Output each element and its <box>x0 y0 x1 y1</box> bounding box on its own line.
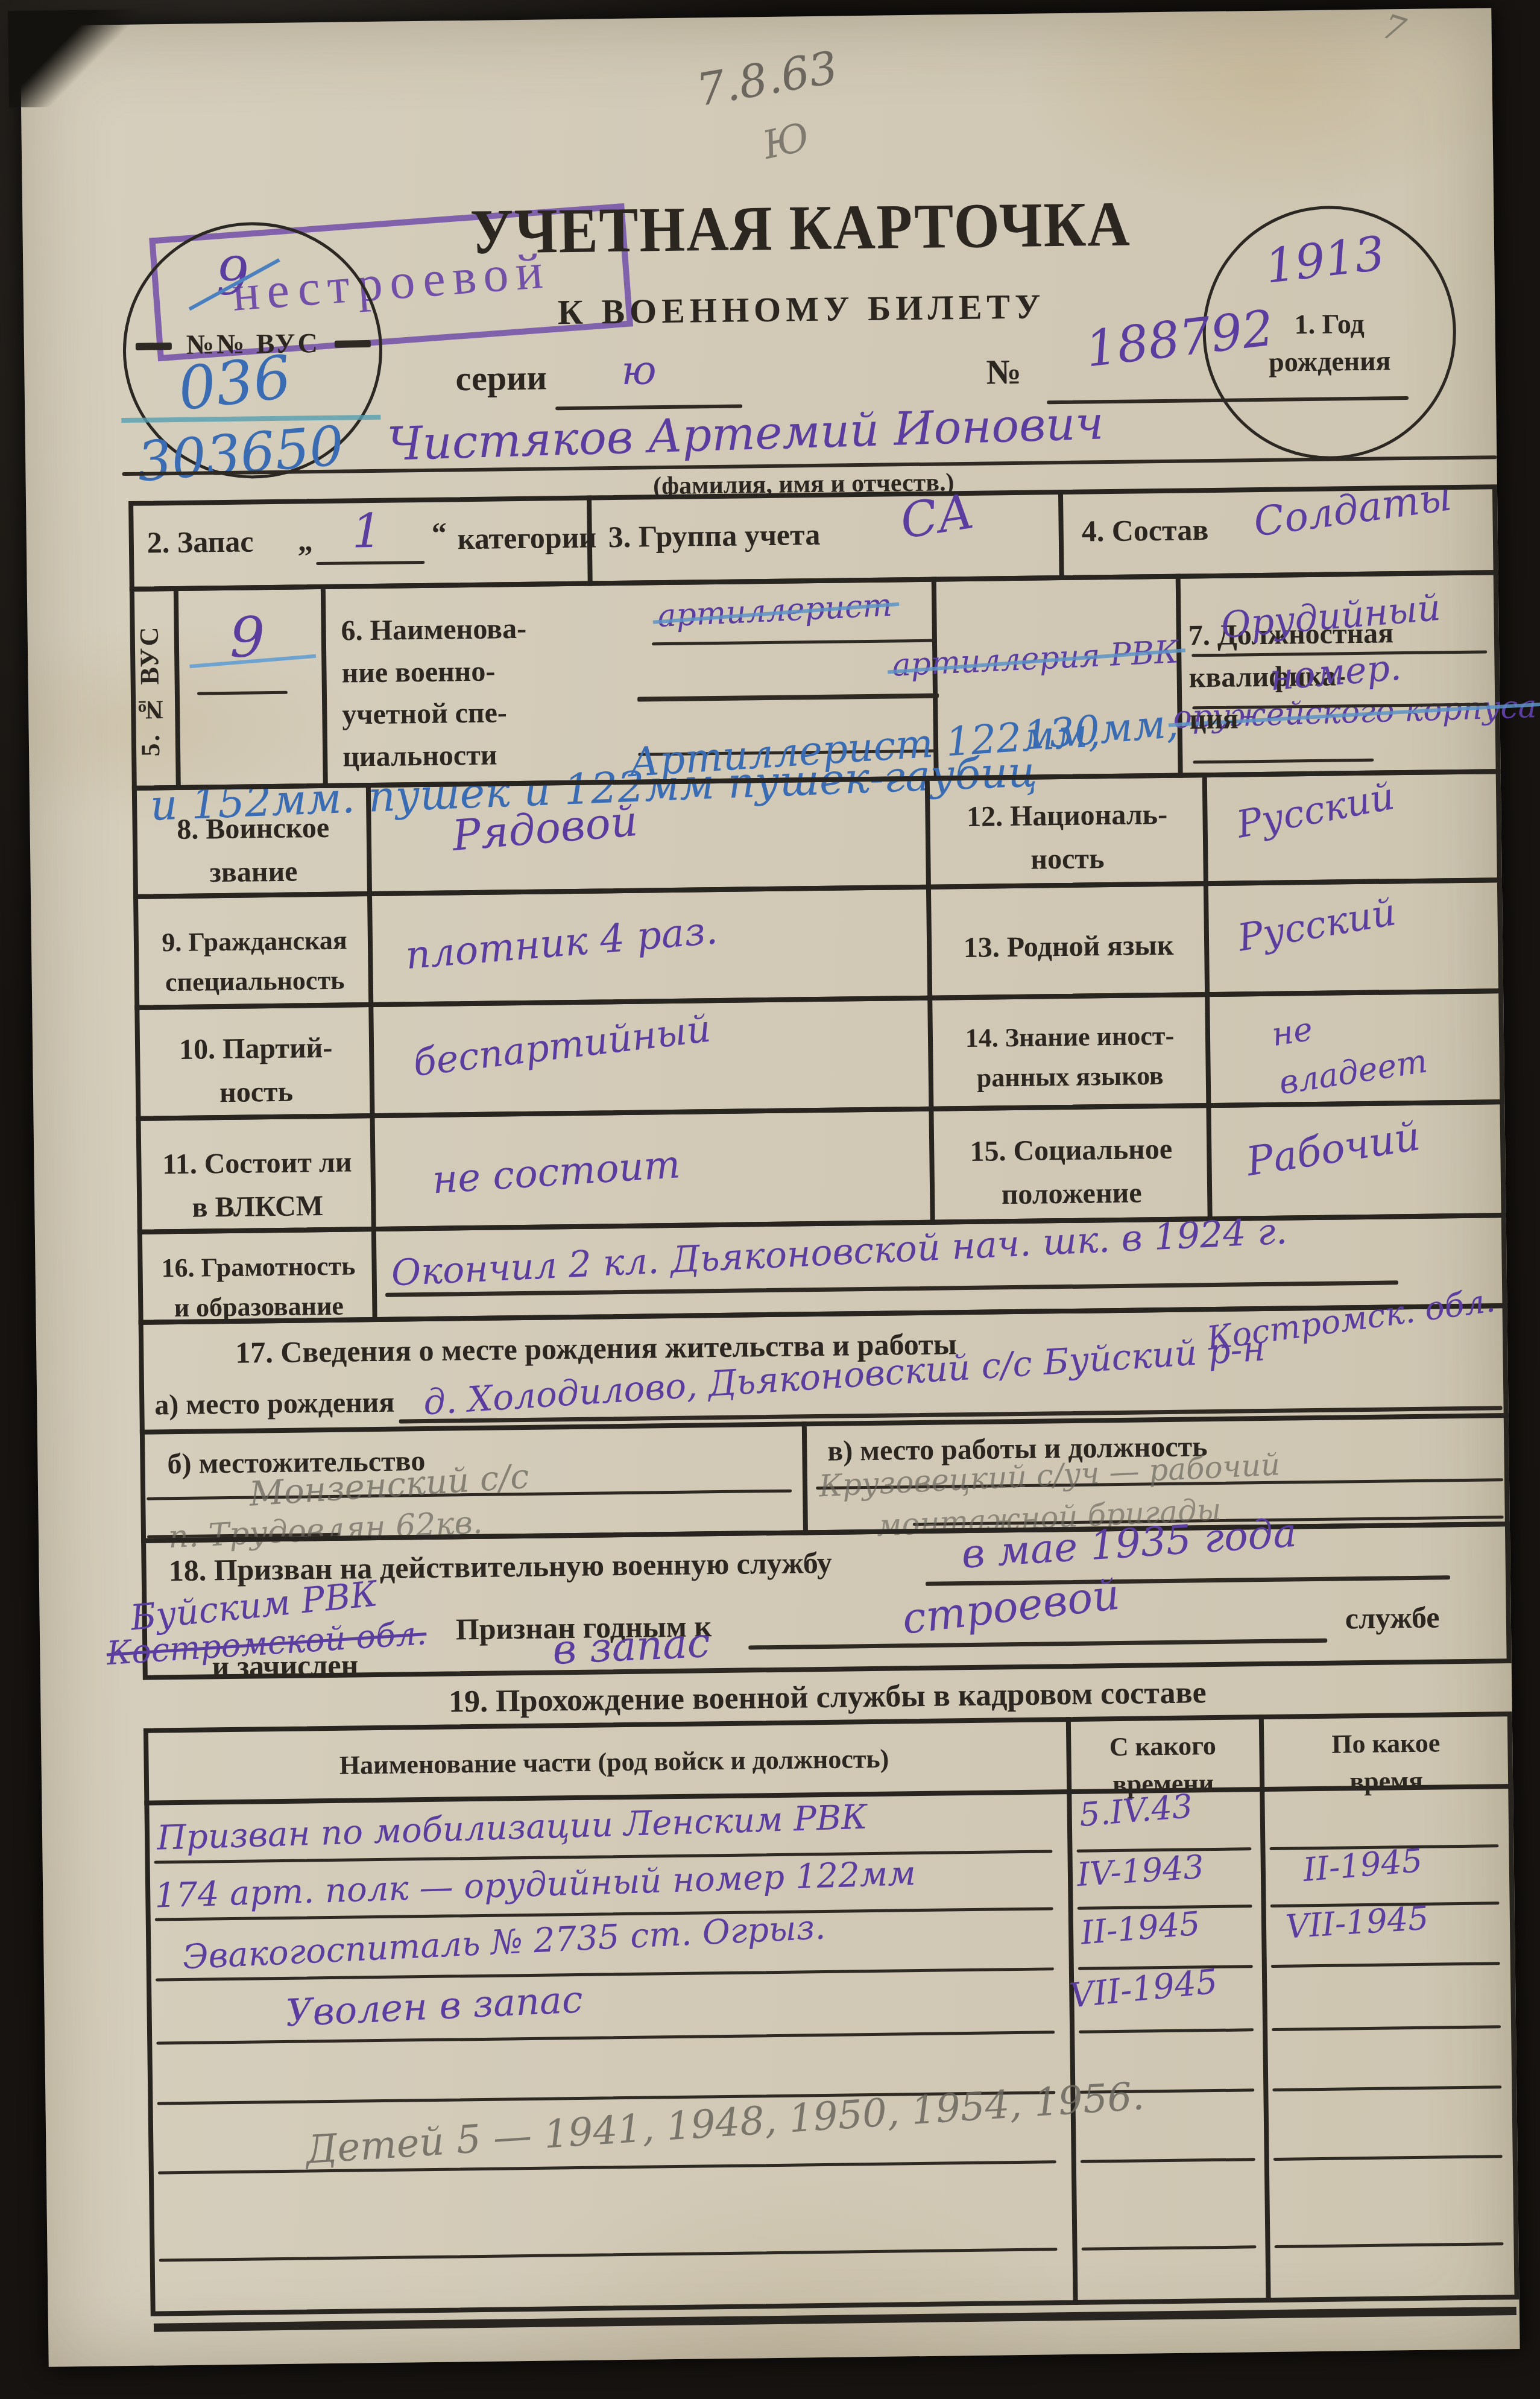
field2-open-quote: „ <box>297 523 313 558</box>
field7-value: Орудийный номер. <box>1214 580 1452 710</box>
table-col3-header: По какое время <box>1265 1724 1507 1801</box>
field17a-label: а) место рождения <box>154 1386 395 1422</box>
field16-label: 16. Грамотность и образование <box>147 1246 371 1329</box>
photo-background: 7.8.63 Ю 7 нестроевой УЧЕТНАЯ КАРТОЧКА К… <box>0 0 1540 2399</box>
field2-close-quote: “ <box>431 515 447 550</box>
torn-corner-shade <box>8 10 142 108</box>
field4-label: 4. Состав <box>1081 512 1208 549</box>
field2-suffix: категории <box>457 519 596 556</box>
field3-value: СА <box>897 483 977 549</box>
field18-fit-suffix: службе <box>1345 1599 1439 1636</box>
field10-label: 10. Партий- ность <box>150 1026 362 1115</box>
series-value: ю <box>621 347 657 394</box>
field9-label: 9. Гражданская специальность <box>143 920 367 1003</box>
field3-label: 3. Группа учета <box>608 517 820 554</box>
vus-value-1: 036 <box>175 343 295 424</box>
vus-dash-left <box>136 343 172 350</box>
field15-label: 15. Социальное положение <box>938 1127 1205 1217</box>
field2-label: 2. Запас <box>147 523 254 560</box>
field8-label: 8. Воинское звание <box>147 806 359 895</box>
top-pencil-date: 7.8.63 <box>693 42 842 116</box>
series-label: серии <box>455 357 547 399</box>
registration-card-sheet: 7.8.63 Ю 7 нестроевой УЧЕТНАЯ КАРТОЧКА К… <box>20 8 1519 2367</box>
field13-label: 13. Родной язык <box>939 928 1199 964</box>
field12-label: 12. Националь- ность <box>940 792 1194 882</box>
field14-label: 14. Знание иност- ранных языков <box>937 1016 1204 1098</box>
page-title: УЧЕТНАЯ КАРТОЧКА <box>428 187 1172 270</box>
field2-value: 1 <box>352 504 382 559</box>
number-label: № <box>986 352 1021 393</box>
top-pencil-flourish: Ю <box>759 115 814 168</box>
field5-label: 5. № ВУС <box>133 600 173 782</box>
field6-label: 6. Наименова- ние военно- учетной спе- ц… <box>341 607 632 778</box>
field18-enlist-value: в запас <box>552 1619 712 1674</box>
corner-pencil-mark: 7 <box>1378 7 1410 51</box>
field18-enlist-label: и зачислен <box>212 1647 358 1684</box>
field11-label: 11. Состоит ли в ВЛКСМ <box>145 1140 370 1230</box>
vus-dash-right <box>335 340 371 348</box>
